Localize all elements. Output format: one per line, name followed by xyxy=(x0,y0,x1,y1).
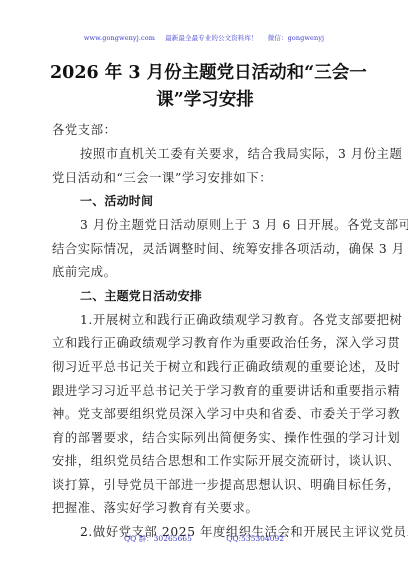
paragraph-line: 跟进学习习近平总书记关于学习教育的重要讲话和重要指示精 xyxy=(52,381,358,401)
paragraph-line: 1.开展树立和践行正确政绩观学习教育。各党支部要把树 xyxy=(52,310,358,330)
salutation: 各党支部： xyxy=(52,120,358,140)
paragraph-line: 3 月份主题党日活动原则上于 3 月 6 日开展。各党支部可 xyxy=(52,215,358,235)
paragraph-line: 谈打算，引导党员干部进一步提高思想认识、明确目标任务， xyxy=(52,475,358,495)
document-title: 2026 年 3 月份主题党日活动和“三会一 课”学习安排 xyxy=(50,60,360,114)
paragraph-line: 把握准、落实好学习教育有关要求。 xyxy=(52,498,358,518)
section-heading-activity-arrangement: 二、主题党日活动安排 xyxy=(52,286,358,306)
title-line-2: 课”学习安排 xyxy=(50,87,360,114)
paragraph-line: 底前完成。 xyxy=(52,262,358,282)
header-wechat: 微信：gongwenyj xyxy=(268,34,324,42)
paragraph-line: 彻习近平总书记关于树立和践行正确政绩观的重要论述，及时 xyxy=(52,357,358,377)
intro-line: 按照市直机关工委有关要求，结合我局实际，3 月份主题 xyxy=(52,144,358,164)
paragraph-line: 结合实际情况，灵活调整时间、统筹安排各项活动，确保 3 月 xyxy=(52,239,358,259)
paragraph-line: 育的部署要求，结合实际列出简便务实、操作性强的学习计划 xyxy=(52,428,358,448)
paragraph-line: 立和践行正确政绩观学习教育作为重要政治任务，深入学习贯 xyxy=(52,333,358,353)
header-website: www.gongwenyj.com xyxy=(84,34,155,42)
title-line-1: 2026 年 3 月份主题党日活动和“三会一 xyxy=(50,60,360,87)
footer-qq-group: QQ 群：30265665 xyxy=(124,534,192,543)
page-header-watermark: www.gongwenyj.com 最新最全最专业的公文资料库！ 微信：gong… xyxy=(0,33,408,42)
paragraph-line: 神。党支部要组织党员深入学习中央和省委、市委关于学习教 xyxy=(52,404,358,424)
paragraph-line: 安排，组织党员结合思想和工作实际开展交流研讨，谈认识、 xyxy=(52,451,358,471)
page-footer-watermark: QQ 群：30265665 QQ:535304092 xyxy=(0,533,408,544)
section-heading-activity-time: 一、活动时间 xyxy=(52,191,358,211)
intro-line: 党日活动和“三会一课”学习安排如下： xyxy=(52,168,358,188)
footer-qq: QQ:535304092 xyxy=(226,534,284,543)
header-slogan: 最新最全最专业的公文资料库！ xyxy=(165,34,257,42)
